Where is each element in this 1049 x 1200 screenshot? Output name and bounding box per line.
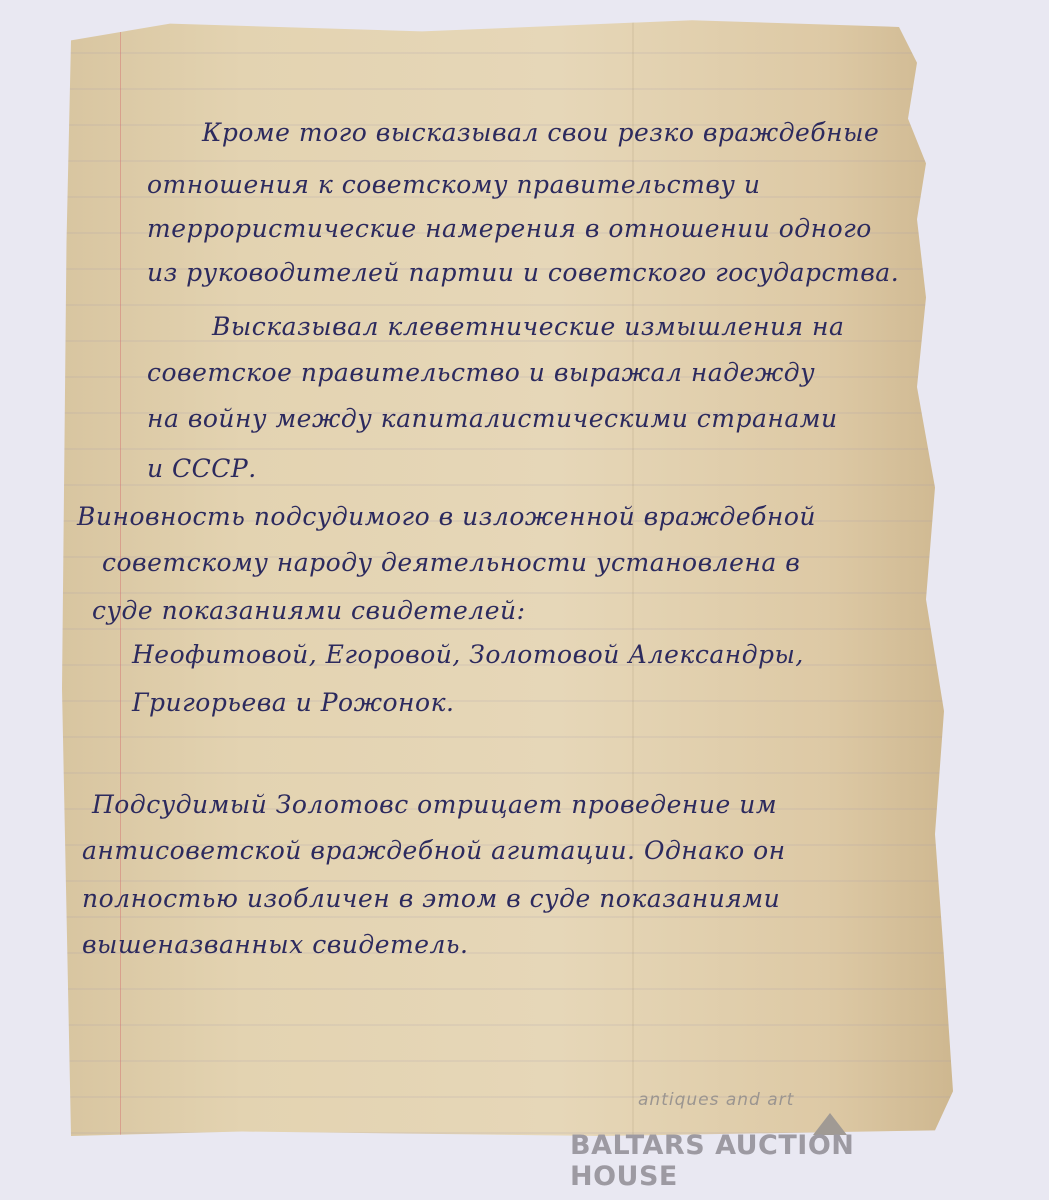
text-line: Высказывал клеветнические измышления на [212,312,844,341]
text-line: на войну между капиталистическими страна… [147,404,838,433]
watermark-tagline: antiques and art [638,1090,794,1110]
text-line: отношения к советскому правительству и [147,170,760,199]
text-line: антисоветской враждебной агитации. Однак… [82,836,786,865]
text-line: Виновность подсудимого в изложенной враж… [77,502,816,531]
text-line: советское правительство и выражал надежд… [147,358,815,387]
handwritten-text: Кроме того высказывал свои резко враждеб… [62,18,962,1136]
text-line: полностью изобличен в этом в суде показа… [82,884,780,913]
text-line: террористические намерения в отношении о… [147,214,872,243]
text-line: Подсудимый Золотовс отрицает проведение … [92,790,777,819]
text-line: суде показаниями свидетелей: [92,596,526,625]
text-line: вышеназванных свидетель. [82,930,468,959]
paper-sheet: Кроме того высказывал свои резко враждеб… [62,18,962,1136]
text-line: Неофитовой, Егоровой, Золотовой Александ… [132,640,804,669]
text-line: Григорьева и Рожонок. [132,688,454,717]
text-line: и СССР. [147,454,257,483]
watermark: antiques and art BALTARS AUCTION HOUSE [570,1090,970,1180]
text-line: из руководителей партии и советского гос… [147,258,899,287]
text-line: Кроме того высказывал свои резко враждеб… [202,118,879,147]
text-line: советскому народу деятельности установле… [102,548,800,577]
watermark-name: BALTARS AUCTION HOUSE [570,1130,970,1192]
